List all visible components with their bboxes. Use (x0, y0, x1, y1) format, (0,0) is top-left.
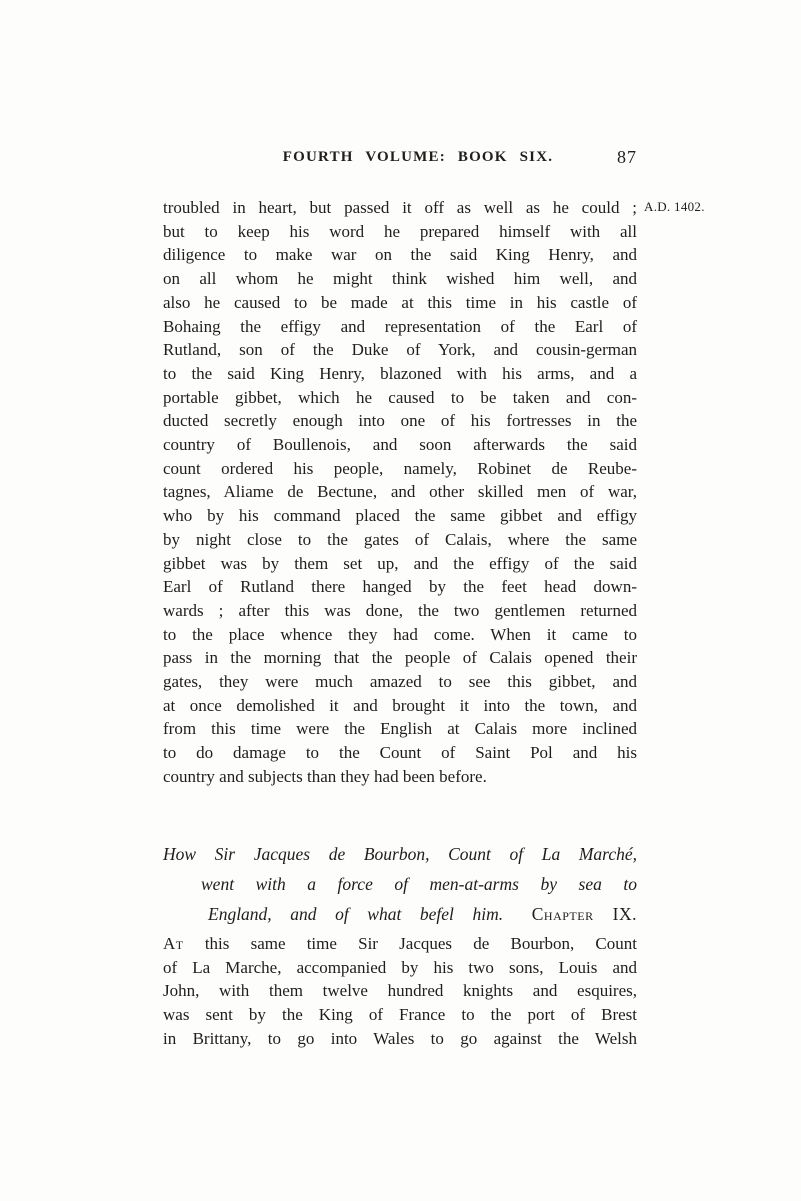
text-line: of La Marche, accompanied by his two son… (163, 956, 637, 980)
text-line: tagnes, Aliame de Bectune, and other ski… (163, 480, 637, 504)
text-line: portable gibbet, which he caused to be t… (163, 386, 637, 410)
heading-line: How Sir Jacques de Bourbon, Count of La … (163, 839, 637, 869)
text-line: Bohaing the effigy and representation of… (163, 315, 637, 339)
text-line: count ordered his people, namely, Robine… (163, 457, 637, 481)
text-line: Earl of Rutland there hanged by the feet… (163, 575, 637, 599)
text-line: but to keep his word he prepared himself… (163, 220, 637, 244)
text-line: also he caused to be made at this time i… (163, 291, 637, 315)
text-line: country of Boullenois, and soon afterwar… (163, 433, 637, 457)
text-line: pass in the morning that the people of C… (163, 646, 637, 670)
chapter-number-label: Chapter IX. (532, 904, 637, 924)
text-line: John, with them twelve hundred knights a… (163, 979, 637, 1003)
text-line: by night close to the gates of Calais, w… (163, 528, 637, 552)
chapter-heading: How Sir Jacques de Bourbon, Count of La … (163, 839, 637, 929)
heading-line: England, and of what befel him. Chapter … (163, 899, 637, 929)
line-text: this same time Sir Jacques de Bourbon, C… (205, 934, 637, 953)
text-line: in Brittany, to go into Wales to go agai… (163, 1027, 637, 1051)
text-line: ducted secretly enough into one of his f… (163, 409, 637, 433)
page-number: 87 (617, 147, 637, 168)
text-line: from this time were the English at Calai… (163, 717, 637, 741)
text-line: country and subjects than they had been … (163, 765, 637, 789)
text-line: to do damage to the Count of Saint Pol a… (163, 741, 637, 765)
running-header: FOURTH VOLUME: BOOK SIX. 87 (163, 149, 637, 175)
margin-date-note: A.D. 1402. (644, 199, 705, 215)
heading-line: went with a force of men-at-arms by sea … (163, 869, 637, 899)
text-line: At this same time Sir Jacques de Bourbon… (163, 932, 637, 956)
lead-word: At (163, 934, 184, 953)
text-line: gibbet was by them set up, and the effig… (163, 552, 637, 576)
paragraph-chapter-nine: At this same time Sir Jacques de Bourbon… (163, 932, 637, 1051)
running-header-title: FOURTH VOLUME: BOOK SIX. (163, 149, 637, 166)
text-line: diligence to make war on the said King H… (163, 243, 637, 267)
heading-line-text: England, and of what befel him. (208, 904, 503, 924)
text-line: at once demolished it and brought it int… (163, 694, 637, 718)
text-line: gates, they were much amazed to see this… (163, 670, 637, 694)
text-line: was sent by the King of France to the po… (163, 1003, 637, 1027)
text-line: who by his command placed the same gibbe… (163, 504, 637, 528)
text-line: to the said King Henry, blazoned with hi… (163, 362, 637, 386)
text-line: troubled in heart, but passed it off as … (163, 196, 637, 220)
text-line: on all whom he might think wished him we… (163, 267, 637, 291)
text-line: Rutland, son of the Duke of York, and co… (163, 338, 637, 362)
text-line: wards ; after this was done, the two gen… (163, 599, 637, 623)
book-page: FOURTH VOLUME: BOOK SIX. 87 A.D. 1402. t… (0, 0, 801, 1201)
paragraph-continuation: troubled in heart, but passed it off as … (163, 196, 637, 789)
text-line: to the place whence they had come. When … (163, 623, 637, 647)
